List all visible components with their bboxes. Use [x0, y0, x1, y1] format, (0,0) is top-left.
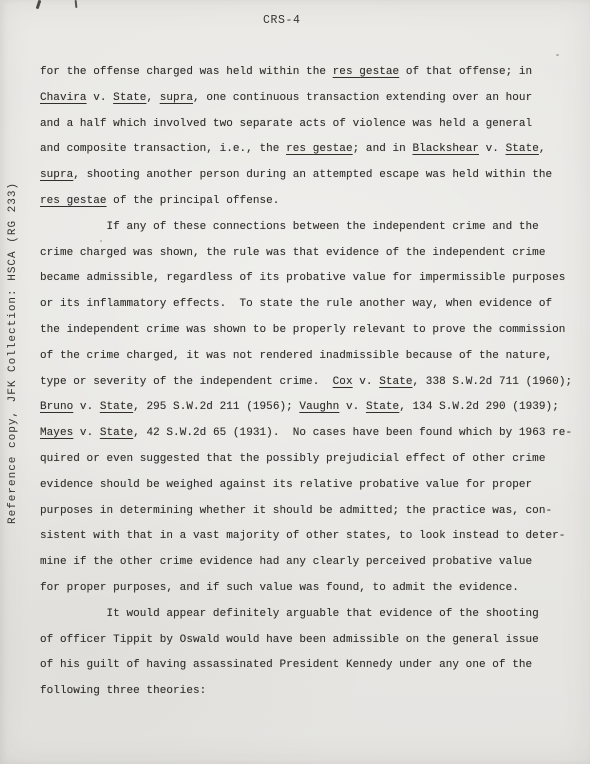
text-line: It would appear definitely arguable that… [40, 602, 570, 628]
scanned-document-page: CRS-4 Reference copy, JFK Collection: HS… [0, 0, 590, 764]
case-citation: Cox [333, 376, 353, 388]
ink-mark [75, 0, 78, 8]
text-line: Bruno v. State, 295 S.W.2d 211 (1956); V… [40, 395, 570, 421]
case-citation: supra [40, 169, 73, 181]
case-citation: supra [160, 92, 193, 104]
text-line: or its inflammatory effects. To state th… [40, 292, 570, 318]
scan-speck [556, 54, 559, 56]
text-line: following three theories: [40, 679, 570, 705]
text-line: Mayes v. State, 42 S.W.2d 65 (1931). No … [40, 421, 570, 447]
case-citation: res gestae [286, 143, 353, 155]
archive-reference-stamp: Reference copy, JFK Collection: HSCA (RG… [7, 182, 19, 524]
case-citation: Blackshear [412, 143, 479, 155]
text-line: mine if the other crime evidence had any… [40, 550, 570, 576]
case-citation: State [100, 427, 133, 439]
case-citation: Chavira [40, 92, 87, 104]
case-citation: State [379, 376, 412, 388]
text-line: the independent crime was shown to be pr… [40, 318, 570, 344]
text-line: purposes in determining whether it shoul… [40, 499, 570, 525]
text-line: supra, shooting another person during an… [40, 163, 570, 189]
text-line: evidence should be weighed against its r… [40, 473, 570, 499]
text-line: res gestae of the principal offense. [40, 189, 570, 215]
case-citation: State [100, 401, 133, 413]
case-citation: res gestae [333, 66, 400, 78]
text-line: quired or even suggested that the possib… [40, 447, 570, 473]
case-citation: State [506, 143, 539, 155]
text-line: and a half which involved two separate a… [40, 112, 570, 138]
case-citation: Bruno [40, 401, 73, 413]
text-line: type or severity of the independent crim… [40, 370, 570, 396]
page-number-header: CRS-4 [263, 14, 301, 27]
text-line: sistent with that in a vast majority of … [40, 524, 570, 550]
case-citation: Vaughn [299, 401, 339, 413]
text-line: of the crime charged, it was not rendere… [40, 344, 570, 370]
document-text: for the offense charged was held within … [40, 60, 570, 705]
case-citation: res gestae [40, 195, 107, 207]
text-line: became admissible, regardless of its pro… [40, 266, 570, 292]
case-citation: State [366, 401, 399, 413]
text-line: of his guilt of having assassinated Pres… [40, 653, 570, 679]
case-citation: Mayes [40, 427, 73, 439]
case-citation: State [113, 92, 146, 104]
text-line: Chavira v. State, supra, one continuous … [40, 86, 570, 112]
text-line: of officer Tippit by Oswald would have b… [40, 628, 570, 654]
text-line: If any of these connections between the … [40, 215, 570, 241]
text-line: crime charged was shown, the rule was th… [40, 241, 570, 267]
text-line: for the offense charged was held within … [40, 60, 570, 86]
text-line: for proper purposes, and if such value w… [40, 576, 570, 602]
text-line: and composite transaction, i.e., the res… [40, 137, 570, 163]
ink-mark [36, 0, 42, 9]
